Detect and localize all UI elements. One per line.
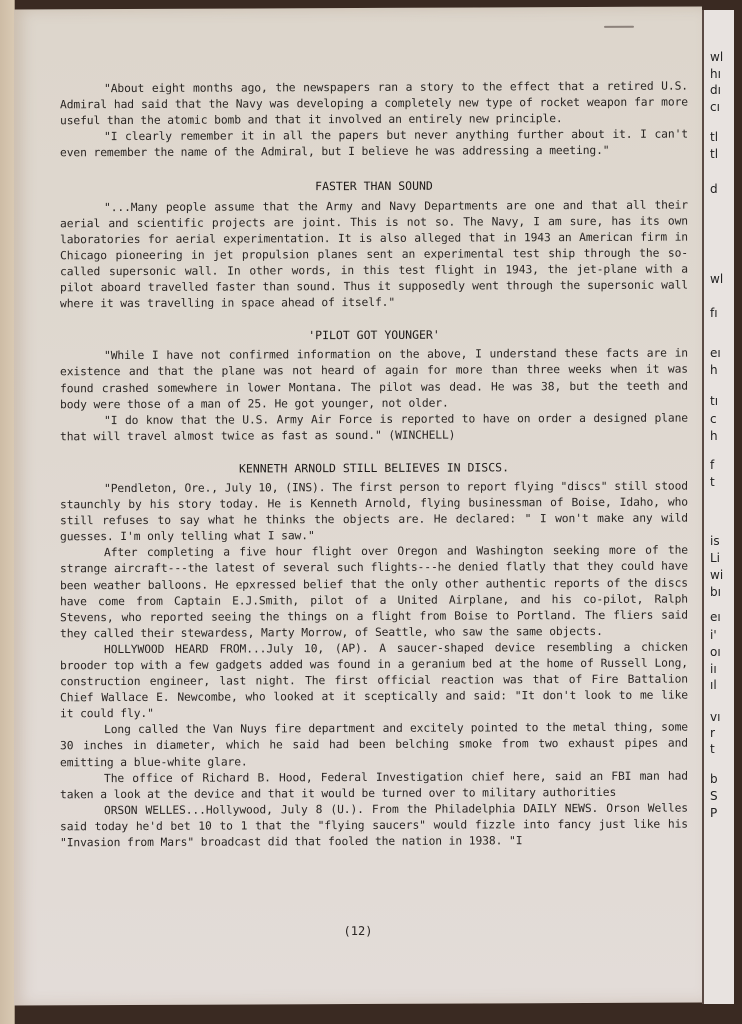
adjacent-page-fragment: hı bbox=[710, 67, 721, 81]
adjacent-page-fragment: bı bbox=[710, 585, 721, 599]
adjacent-page-fragment: t bbox=[710, 475, 715, 489]
paragraph: ORSON WELLES...Hollywood, July 8 (U.). F… bbox=[60, 800, 688, 851]
adjacent-page-fragment: oı bbox=[710, 645, 721, 659]
paragraph: "About eight months ago, the newspapers … bbox=[60, 79, 688, 130]
document-body: "About eight months ago, the newspapers … bbox=[60, 79, 688, 852]
adjacent-page-fragment: is bbox=[710, 534, 720, 548]
section-heading: 'PILOT GOT YOUNGER' bbox=[60, 326, 688, 345]
adjacent-page-fragment: c bbox=[710, 412, 717, 426]
adjacent-page-fragment: tl bbox=[710, 147, 718, 161]
adjacent-page-fragment: eı bbox=[710, 610, 721, 624]
adjacent-page-fragment: b bbox=[710, 772, 718, 786]
paragraph: "I do know that the U.S. Army Air Force … bbox=[60, 410, 688, 445]
section-heading: KENNETH ARNOLD STILL BELIEVES IN DISCS. bbox=[60, 458, 688, 477]
adjacent-page-fragment: dı bbox=[710, 83, 721, 97]
adjacent-page-fragment: tı bbox=[710, 394, 718, 408]
adjacent-page-fragment: P bbox=[710, 806, 717, 820]
adjacent-page-fragment: eı bbox=[710, 346, 721, 360]
adjacent-page-fragment: i' bbox=[710, 628, 717, 642]
paragraph: "I clearly remember it in all the papers… bbox=[60, 127, 688, 162]
adjacent-page-fragment: S bbox=[710, 789, 718, 803]
adjacent-page-fragment: iı bbox=[710, 662, 717, 676]
paragraph: Long called the Van Nuys fire department… bbox=[60, 720, 688, 771]
facing-page-edge bbox=[0, 0, 15, 1024]
adjacent-page-fragment: cı bbox=[710, 100, 720, 114]
adjacent-page-fragment: fı bbox=[710, 306, 718, 320]
adjacent-page-fragment: f bbox=[710, 458, 714, 472]
paragraph: After completing a five hour flight over… bbox=[60, 543, 688, 642]
adjacent-page-fragment: tl bbox=[710, 130, 718, 144]
paragraph: The office of Richard B. Hood, Federal I… bbox=[60, 768, 688, 803]
adjacent-page-fragment: h bbox=[710, 429, 718, 443]
adjacent-page-fragment: wl bbox=[710, 272, 723, 286]
adjacent-page-fragment: d bbox=[710, 182, 718, 196]
adjacent-page-fragment: ıl bbox=[710, 678, 717, 692]
adjacent-page-fragment: wl bbox=[710, 50, 723, 64]
section-heading: FASTER THAN SOUND bbox=[60, 177, 688, 196]
adjacent-page-fragment: h bbox=[710, 363, 718, 377]
adjacent-page-fragment: vı bbox=[710, 710, 720, 724]
adjacent-page-fragment: Li bbox=[710, 551, 720, 565]
paragraph: "...Many people assume that the Army and… bbox=[60, 197, 688, 312]
paragraph: HOLLYWOOD HEARD FROM...July 10, (AP). A … bbox=[60, 639, 688, 722]
adjacent-page-fragment: r bbox=[710, 726, 715, 740]
document-page: "About eight months ago, the newspapers … bbox=[14, 6, 702, 1005]
ink-smudge bbox=[604, 26, 634, 28]
adjacent-page-fragment: t bbox=[710, 742, 715, 756]
paragraph: "While I have not confirmed information … bbox=[60, 346, 688, 413]
paragraph: "Pendleton, Ore., July 10, (INS). The fi… bbox=[60, 479, 688, 546]
page-number: (12) bbox=[14, 922, 702, 939]
next-page-edge: wlhıdıcıtltldwlfıeıhtıchftisLiwibıeıi'oı… bbox=[702, 10, 734, 1004]
adjacent-page-fragment: wi bbox=[710, 568, 723, 582]
